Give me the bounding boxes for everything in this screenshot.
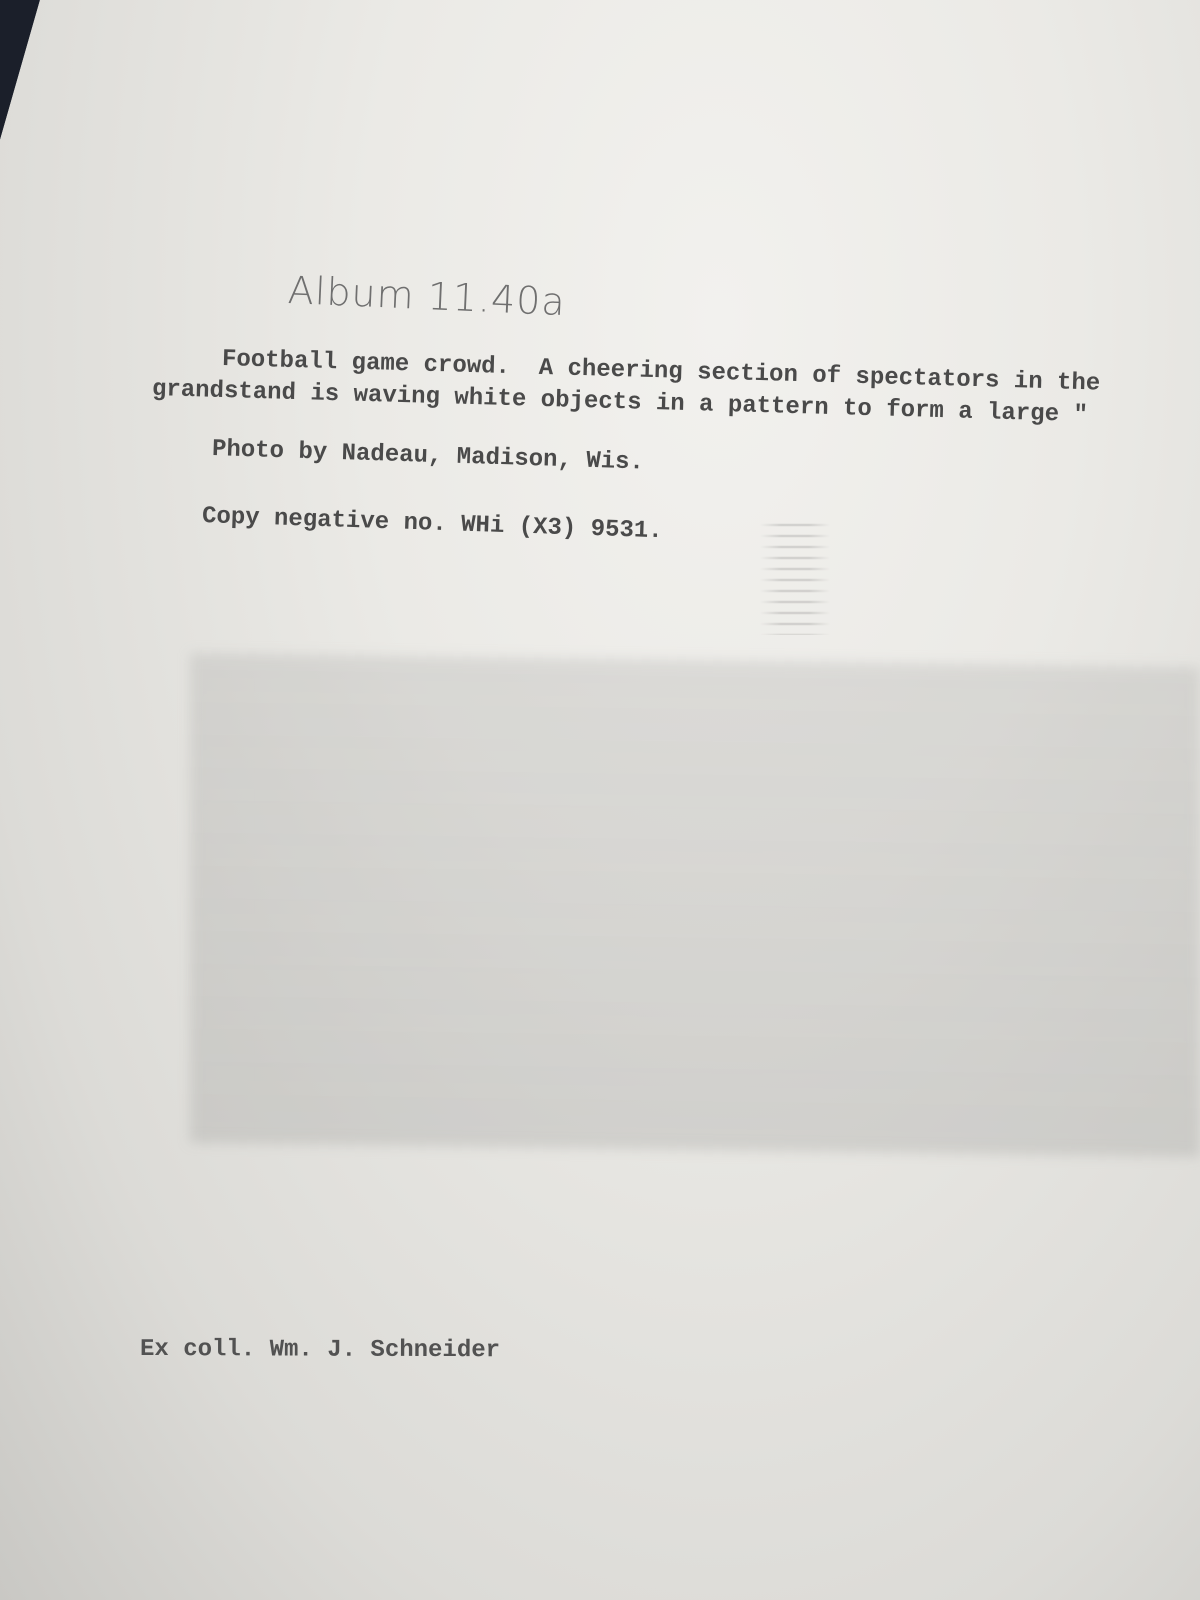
ex-collection-note: Ex coll. Wm. J. Schneider xyxy=(140,1336,500,1364)
ink-smudge-marks xyxy=(760,515,830,635)
photo-bleed-through-shadow xyxy=(190,653,1200,1157)
paper-sheet: Album 11.40a Football game crowd. A chee… xyxy=(0,0,1200,1600)
photo-credit: Photo by Nadeau, Madison, Wis. xyxy=(212,436,645,477)
copy-negative-number: Copy negative no. WHi (X3) 9531. xyxy=(202,503,664,545)
handwritten-album-label: Album 11.40a xyxy=(287,268,567,324)
